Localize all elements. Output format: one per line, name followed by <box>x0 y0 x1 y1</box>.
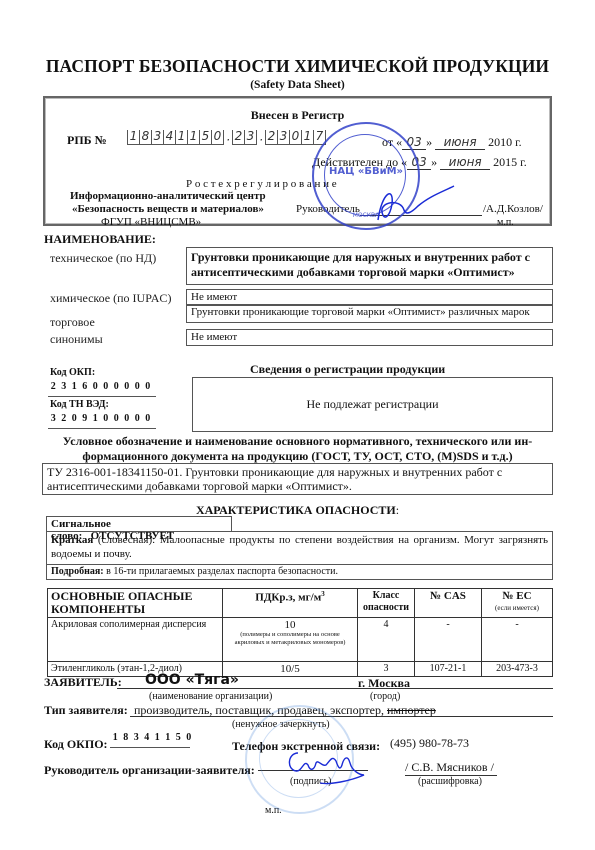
digit-cell: 0 <box>184 733 195 743</box>
digit-cell: 1 <box>187 130 199 145</box>
component-pdk: 10/5 <box>223 662 358 677</box>
digit-cell: 1 <box>163 733 174 743</box>
digit-cell: 0 <box>101 382 112 392</box>
digit-cell: 3 <box>244 130 257 145</box>
digit-cell: 5 <box>199 130 211 145</box>
digit-cell: 2 <box>232 130 244 145</box>
registration-value: Не подлежат регистрации <box>192 377 553 432</box>
brief-text: (словесная): Малоопасные продукты по сте… <box>51 534 548 560</box>
pdk-header-sup: 3 <box>321 590 325 598</box>
type-struck: импортер <box>387 703 436 717</box>
hazard-detailed: Подробная: в 16-ти прилагаемых разделах … <box>46 564 553 580</box>
brief-label: Краткая <box>51 534 93 546</box>
registry-signature <box>370 182 460 224</box>
hazard-heading-colon: : <box>396 503 399 517</box>
okp-underline <box>48 392 156 397</box>
okpo-label: Код ОКПО: <box>44 737 108 752</box>
component-pdk: 10 (полимеры и сополимеры на основе акри… <box>223 618 358 662</box>
table-row: Этиленгликоль (этан-1,2-диол) 10/5 3 107… <box>48 662 553 677</box>
quote-close: » <box>426 135 432 149</box>
digit-cell: 2 <box>265 130 277 145</box>
registry-heading: Внесен в Регистр <box>0 108 595 123</box>
digit-cell: 0 <box>132 414 143 424</box>
digit-cell: 1 <box>175 130 187 145</box>
digit-cell: 0 <box>122 382 133 392</box>
detailed-label: Подробная: <box>51 566 104 577</box>
center-line2: «Безопасность веществ и материалов» <box>72 203 264 215</box>
digit-cell: 3 <box>59 382 70 392</box>
rpb-number: 18341150 · 23 · 23017 <box>127 130 326 145</box>
naming-value-synonyms: Не имеют <box>186 329 553 346</box>
document-subtitle: (Safety Data Sheet) <box>0 79 595 91</box>
pdk-value: 10 <box>226 619 354 631</box>
applicant-org: ООО «Тяга» <box>145 672 239 688</box>
digit-cell: 5 <box>173 733 184 743</box>
decode-caption: (расшифровка) <box>418 776 482 787</box>
digit-cell: 9 <box>80 414 91 424</box>
components-table: ОСНОВНЫЕ ОПАСНЫЕ КОМПОНЕНТЫ ПДКр.з, мг/м… <box>47 588 553 677</box>
digit-cell: 0 <box>90 382 101 392</box>
digit-cell: 0 <box>111 382 122 392</box>
digit-cell: 4 <box>163 130 175 145</box>
okpo-underline <box>110 743 190 748</box>
digit-cell: 0 <box>122 414 133 424</box>
digit-cell: 0 <box>69 414 80 424</box>
digit-cell: 2 <box>48 382 59 392</box>
valid-month: июня <box>440 155 490 170</box>
component-class: 4 <box>358 618 415 662</box>
rpb-label: РПБ № <box>67 133 107 148</box>
type-value: производитель, поставщик, продавец, эксп… <box>134 703 387 717</box>
org-caption: (наименование организации) <box>149 691 272 702</box>
normative-value-line1: ТУ 2316-001-18341150-01. Грунтовки прони… <box>47 465 548 479</box>
ec-header-text: № ЕС <box>485 590 549 602</box>
tnved-code: 3209100000 <box>48 414 156 429</box>
okpo-digits: 18341150 <box>110 733 194 743</box>
rpb-part2: 23 <box>232 130 257 145</box>
pdk-note: (полимеры и сополимеры на основе акрилов… <box>226 631 354 647</box>
stamp-text: НАЦ «БВиМ» <box>314 166 418 177</box>
signal-word: Сигнальное слово: ОТСУТСТВУЕТ <box>46 516 232 532</box>
digit-cell: 1 <box>152 733 163 743</box>
component-class: 3 <box>358 662 415 677</box>
digit-cell: 8 <box>121 733 132 743</box>
applicant-underline <box>117 688 553 689</box>
center-line3: ФГУП «ВНИЦСМВ» <box>101 216 201 228</box>
okp-label: Код ОКП: <box>50 367 95 378</box>
component-cas: 107-21-1 <box>415 662 482 677</box>
component-ec: 203-473-3 <box>482 662 553 677</box>
valid-year: 2015 г. <box>493 155 527 169</box>
from-year: 2010 г. <box>488 135 522 149</box>
registration-heading: Сведения о регистрации продукции <box>250 362 445 377</box>
naming-label-chemical: химическое (по IUPAC) <box>50 291 171 306</box>
tnved-digits: 3209100000 <box>48 414 156 424</box>
hazard-brief: Краткая (словесная): Малоопасные продукт… <box>46 531 553 565</box>
tnved-underline <box>48 424 156 429</box>
digit-cell: 1 <box>110 733 121 743</box>
phone-value: (495) 980-78-73 <box>390 736 469 751</box>
naming-value-trade: Грунтовки проникающие торговой марки «Оп… <box>186 304 553 323</box>
digit-cell: 0 <box>111 414 122 424</box>
rpb-separator: · <box>257 135 265 145</box>
digit-cell: 3 <box>131 733 142 743</box>
col-header-class: Класс опасности <box>358 589 415 618</box>
naming-heading: НАИМЕНОВАНИЕ: <box>44 232 156 247</box>
rpb-separator: · <box>224 135 232 145</box>
col-header-cas: № CAS <box>415 589 482 618</box>
from-month: июня <box>435 135 485 150</box>
registry-mp: м.п. <box>497 217 514 228</box>
okp-digits: 2316000000 <box>48 382 156 392</box>
tnved-label: Код ТН ВЭД: <box>50 399 109 410</box>
table-row: Акриловая сополимерная дисперсия 10 (пол… <box>48 618 553 662</box>
quote-close: » <box>431 155 437 169</box>
applicant-head-label: Руководитель организации-заявителя: <box>44 763 255 778</box>
col-header-name: ОСНОВНЫЕ ОПАСНЫЕ КОМПОНЕНТЫ <box>48 589 223 618</box>
digit-cell: 0 <box>101 414 112 424</box>
digit-cell: 3 <box>48 414 59 424</box>
pdk-header-text: ПДКр.з, мг/м <box>255 592 321 604</box>
normative-heading-line2: формационного документа на продукцию (ГО… <box>0 449 595 464</box>
col-header-ec: № ЕС (если имеется) <box>482 589 553 618</box>
normative-value-line2: антисептическими добавками торговой марк… <box>47 479 548 493</box>
registry-head-name: /А.Д.Козлов/ <box>483 203 543 215</box>
document-title: ПАСПОРТ БЕЗОПАСНОСТИ ХИМИЧЕСКОЙ ПРОДУКЦИ… <box>0 56 595 77</box>
digit-cell: 0 <box>132 382 143 392</box>
col-header-pdk: ПДКр.з, мг/м3 <box>223 589 358 618</box>
okpo-code: 18341150 <box>110 733 194 748</box>
ec-header-note: (если имеется) <box>485 602 549 614</box>
applicant-city: г. Москва <box>358 676 410 691</box>
okp-code: 2316000000 <box>48 382 156 397</box>
digit-cell: 6 <box>80 382 91 392</box>
applicant-type-label: Тип заявителя: <box>44 703 128 718</box>
detailed-text: в 16-ти прилагаемых разделах паспорта бе… <box>104 566 338 577</box>
normative-value: ТУ 2316-001-18341150-01. Грунтовки прони… <box>42 463 553 495</box>
digit-cell: 3 <box>277 130 289 145</box>
digit-cell: 0 <box>143 382 154 392</box>
components-header-row: ОСНОВНЫЕ ОПАСНЫЕ КОМПОНЕНТЫ ПДКр.з, мг/м… <box>48 589 553 618</box>
hazard-heading-text: ХАРАКТЕРИСТИКА ОПАСНОСТИ <box>196 503 396 517</box>
component-ec: - <box>482 618 553 662</box>
naming-label-technical: техническое (по НД) <box>50 251 156 266</box>
digit-cell: 0 <box>211 130 224 145</box>
rpb-part3: 23017 <box>265 130 326 145</box>
city-caption: (город) <box>370 691 400 702</box>
digit-cell: 1 <box>90 414 101 424</box>
applicant-label: ЗАЯВИТЕЛЬ: <box>44 675 122 690</box>
digit-cell: 0 <box>289 130 301 145</box>
applicant-signature <box>280 745 380 787</box>
applicant-head-name: / С.В. Мясников / <box>405 760 497 776</box>
digit-cell: 3 <box>151 130 163 145</box>
component-name: Акриловая сополимерная дисперсия <box>48 618 223 662</box>
center-line1: Информационно-аналитический центр <box>70 190 266 202</box>
naming-label-trade: торговое <box>50 315 95 330</box>
digit-cell: 1 <box>301 130 313 145</box>
digit-cell: 8 <box>139 130 151 145</box>
digit-cell: 0 <box>143 414 154 424</box>
digit-cell: 2 <box>59 414 70 424</box>
naming-value-technical: Грунтовки проникающие для наружных и вну… <box>186 247 553 285</box>
digit-cell: 1 <box>127 130 139 145</box>
rpb-part1: 18341150 <box>127 130 224 145</box>
digit-cell: 4 <box>142 733 153 743</box>
component-cas: - <box>415 618 482 662</box>
digit-cell: 1 <box>69 382 80 392</box>
naming-label-synonyms: синонимы <box>50 332 103 347</box>
normative-heading-line1: Условное обозначение и наименование осно… <box>0 434 595 449</box>
